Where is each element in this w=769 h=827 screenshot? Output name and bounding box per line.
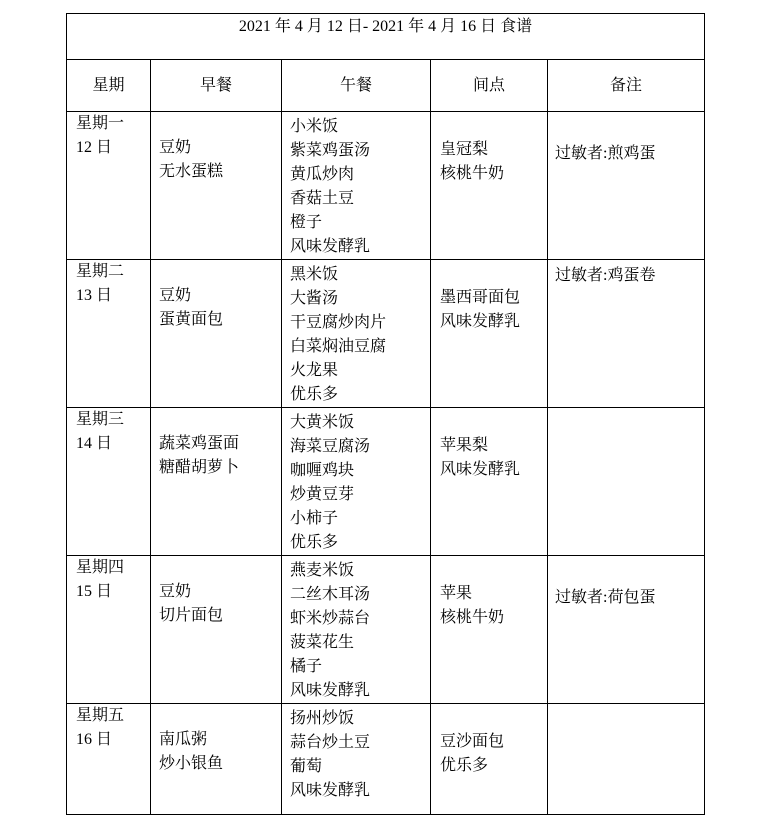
cell-monday-snack: 皇冠梨 核桃牛奶: [431, 112, 548, 260]
column-header-lunch: 午餐: [282, 60, 431, 112]
table-row-tuesday: 星期二 13 日 豆奶 蛋黄面包 黑米饭 大酱汤 干豆腐炒肉片 白菜焖油豆腐 火…: [67, 260, 705, 408]
cell-friday-lunch: 扬州炒饭 蒜台炒土豆 葡萄 风味发酵乳: [282, 704, 431, 815]
document-page: 2021 年 4 月 12 日- 2021 年 4 月 16 日 食谱 星期 早…: [0, 0, 769, 827]
cell-tuesday-snack: 墨西哥面包 风味发酵乳: [431, 260, 548, 408]
cell-tuesday-breakfast: 豆奶 蛋黄面包: [151, 260, 282, 408]
column-header-week: 星期: [67, 60, 151, 112]
cell-friday-notes: [548, 704, 705, 815]
cell-thursday-snack: 苹果 核桃牛奶: [431, 556, 548, 704]
cell-thursday-breakfast: 豆奶 切片面包: [151, 556, 282, 704]
cell-friday-snack: 豆沙面包 优乐多: [431, 704, 548, 815]
cell-wednesday-snack: 苹果梨 风味发酵乳: [431, 408, 548, 556]
cell-wednesday-week: 星期三 14 日: [67, 408, 151, 556]
cell-thursday-lunch: 燕麦米饭 二丝木耳汤 虾米炒蒜台 菠菜花生 橘子 风味发酵乳: [282, 556, 431, 704]
column-header-notes: 备注: [548, 60, 705, 112]
cell-tuesday-lunch: 黑米饭 大酱汤 干豆腐炒肉片 白菜焖油豆腐 火龙果 优乐多: [282, 260, 431, 408]
cell-wednesday-notes: [548, 408, 705, 556]
menu-table: 2021 年 4 月 12 日- 2021 年 4 月 16 日 食谱 星期 早…: [66, 13, 705, 815]
document-title: 2021 年 4 月 12 日- 2021 年 4 月 16 日 食谱: [67, 14, 705, 60]
table-row-wednesday: 星期三 14 日 蔬菜鸡蛋面 糖醋胡萝卜 大黄米饭 海菜豆腐汤 咖喱鸡块 炒黄豆…: [67, 408, 705, 556]
cell-friday-week: 星期五 16 日: [67, 704, 151, 815]
cell-wednesday-breakfast: 蔬菜鸡蛋面 糖醋胡萝卜: [151, 408, 282, 556]
cell-tuesday-week: 星期二 13 日: [67, 260, 151, 408]
column-header-snack: 间点: [431, 60, 548, 112]
title-row: 2021 年 4 月 12 日- 2021 年 4 月 16 日 食谱: [67, 14, 705, 60]
cell-monday-week: 星期一 12 日: [67, 112, 151, 260]
table-row-thursday: 星期四 15 日 豆奶 切片面包 燕麦米饭 二丝木耳汤 虾米炒蒜台 菠菜花生 橘…: [67, 556, 705, 704]
cell-monday-breakfast: 豆奶 无水蛋糕: [151, 112, 282, 260]
cell-friday-breakfast: 南瓜粥 炒小银鱼: [151, 704, 282, 815]
header-row: 星期 早餐 午餐 间点 备注: [67, 60, 705, 112]
cell-monday-notes: 过敏者:煎鸡蛋: [548, 112, 705, 260]
cell-monday-lunch: 小米饭 紫菜鸡蛋汤 黄瓜炒肉 香菇土豆 橙子 风味发酵乳: [282, 112, 431, 260]
cell-thursday-week: 星期四 15 日: [67, 556, 151, 704]
column-header-breakfast: 早餐: [151, 60, 282, 112]
table-row-friday: 星期五 16 日 南瓜粥 炒小银鱼 扬州炒饭 蒜台炒土豆 葡萄 风味发酵乳 豆沙…: [67, 704, 705, 815]
table-row-monday: 星期一 12 日 豆奶 无水蛋糕 小米饭 紫菜鸡蛋汤 黄瓜炒肉 香菇土豆 橙子 …: [67, 112, 705, 260]
cell-thursday-notes: 过敏者:荷包蛋: [548, 556, 705, 704]
cell-wednesday-lunch: 大黄米饭 海菜豆腐汤 咖喱鸡块 炒黄豆芽 小柿子 优乐多: [282, 408, 431, 556]
cell-tuesday-notes: 过敏者:鸡蛋卷: [548, 260, 705, 408]
